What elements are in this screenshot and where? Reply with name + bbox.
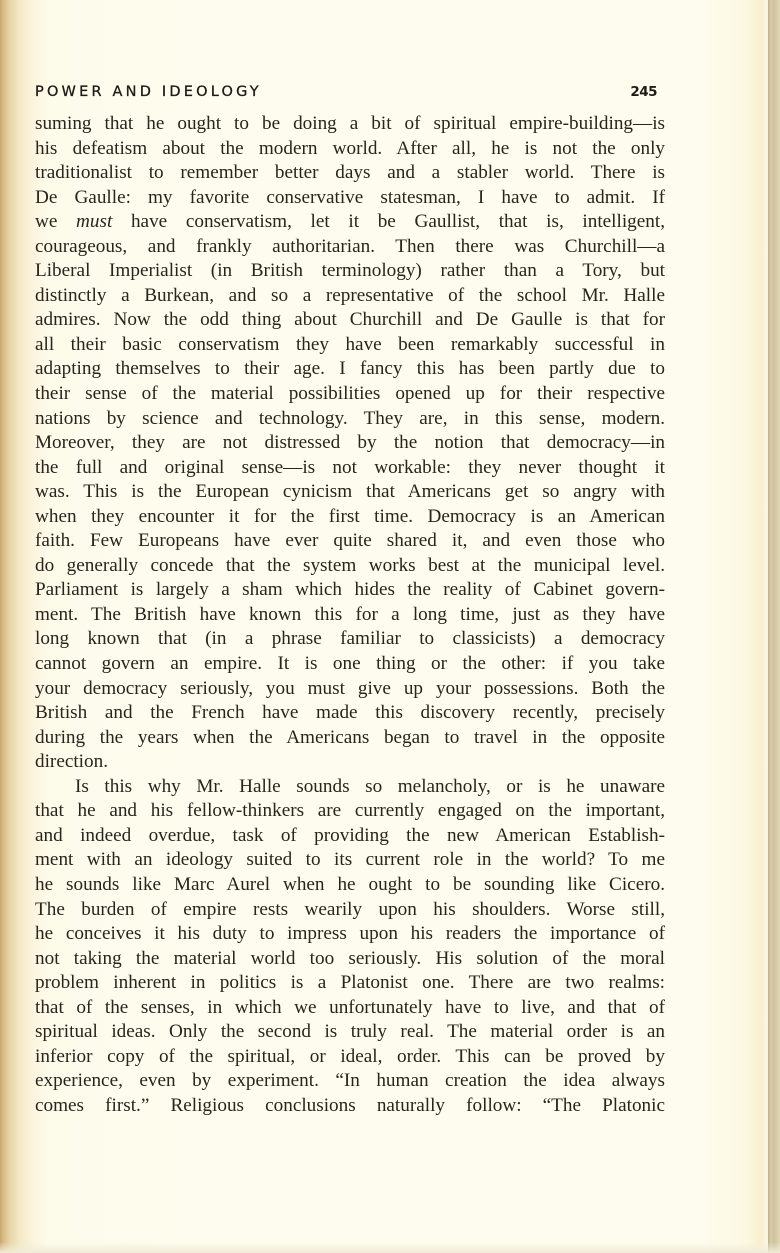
text-line: his defeatism about the modern world. Af… (35, 137, 665, 162)
text-line: long known that (in a phrase familiar to… (35, 627, 665, 652)
body-text: suming that he ought to be doing a bit o… (35, 112, 665, 1118)
text-line: Is this why Mr. Halle sounds so melancho… (35, 775, 665, 800)
running-head: POWER AND IDEOLOGY 245 (35, 84, 665, 104)
text-line: faith. Few Europeans have ever quite sha… (35, 529, 665, 554)
text-line: courageous, and frankly authoritarian. T… (35, 235, 665, 260)
text-line: that he and his fellow-thinkers are curr… (35, 799, 665, 824)
text-line: suming that he ought to be doing a bit o… (35, 112, 665, 137)
text-line: nations by science and technology. They … (35, 407, 665, 432)
text-line: he conceives it his duty to impress upon… (35, 922, 665, 947)
text-line: comes first.” Religious conclusions natu… (35, 1094, 665, 1119)
text-line: admires. Now the odd thing about Churchi… (35, 308, 665, 333)
page-number: 245 (630, 84, 657, 100)
text-line: their sense of the material possibilitie… (35, 382, 665, 407)
text-line: was. This is the European cynicism that … (35, 480, 665, 505)
text-line: your democracy seriously, you must give … (35, 677, 665, 702)
text-line: when they encounter it for the first tim… (35, 505, 665, 530)
text-line: British and the French have made this di… (35, 701, 665, 726)
text-line: do generally concede that the system wor… (35, 554, 665, 579)
book-page: POWER AND IDEOLOGY 245 suming that he ou… (0, 0, 780, 1253)
text-line: we must have conservatism, let it be Gau… (35, 210, 665, 235)
paragraph: Is this why Mr. Halle sounds so melancho… (35, 775, 665, 1119)
text-line: experience, even by experiment. “In huma… (35, 1069, 665, 1094)
text-line: direction. (35, 750, 665, 775)
text-line: the full and original sense—is not worka… (35, 456, 665, 481)
text-line: and indeed overdue, task of providing th… (35, 824, 665, 849)
text-line: inferior copy of the spiritual, or ideal… (35, 1045, 665, 1070)
text-line: not taking the material world too seriou… (35, 947, 665, 972)
text-line: Moreover, they are not distressed by the… (35, 431, 665, 456)
emphasis: must (76, 211, 112, 232)
text-line: Liberal Imperialist (in British terminol… (35, 259, 665, 284)
text-line: during the years when the Americans bega… (35, 726, 665, 751)
text-line: he sounds like Marc Aurel when he ought … (35, 873, 665, 898)
text-line: all their basic conservatism they have b… (35, 333, 665, 358)
text-line: De Gaulle: my favorite conservative stat… (35, 186, 665, 211)
page-bottom-shade (0, 1242, 780, 1253)
text-line: cannot govern an empire. It is one thing… (35, 652, 665, 677)
text-line: traditionalist to remember better days a… (35, 161, 665, 186)
page-edge-shadow (768, 0, 780, 1253)
text-line: adapting themselves to their age. I fanc… (35, 357, 665, 382)
paragraph: suming that he ought to be doing a bit o… (35, 112, 665, 775)
text-line: that of the senses, in which we unfortun… (35, 996, 665, 1021)
text-line: The burden of empire rests wearily upon … (35, 898, 665, 923)
text-line: Parliament is largely a sham which hides… (35, 578, 665, 603)
running-title: POWER AND IDEOLOGY (35, 84, 262, 100)
text-line: ment. The British have known this for a … (35, 603, 665, 628)
text-line: ment with an ideology suited to its curr… (35, 848, 665, 873)
text-line: problem inherent in politics is a Platon… (35, 971, 665, 996)
text-line: spiritual ideas. Only the second is trul… (35, 1020, 665, 1045)
text-line: distinctly a Burkean, and so a represent… (35, 284, 665, 309)
